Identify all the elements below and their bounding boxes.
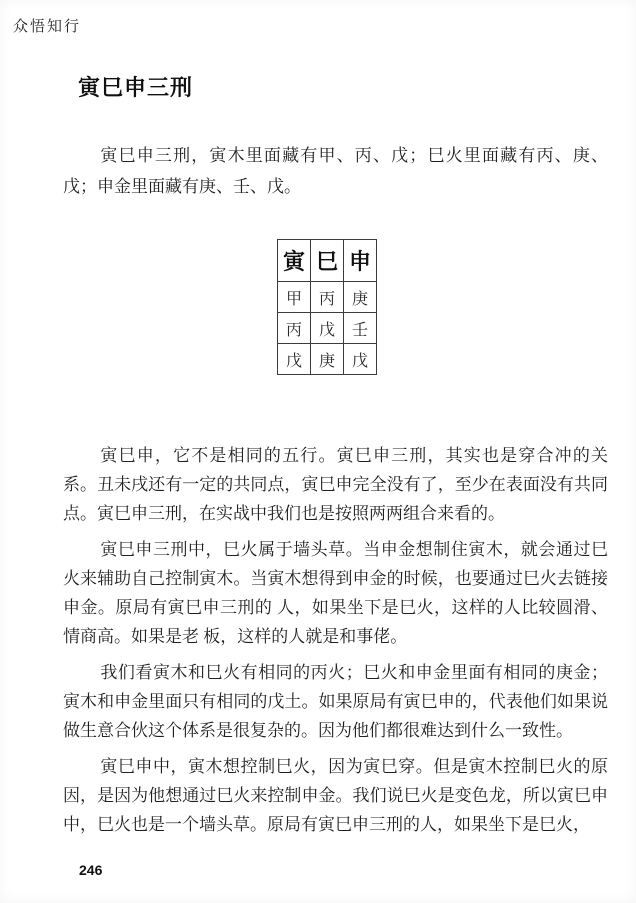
table-header-shen: 申 xyxy=(344,240,377,282)
hidden-stems-table: 寅 巳 申 甲 丙 庚 丙 戊 壬 戊 庚 戊 xyxy=(277,239,377,375)
paragraph-common-stems: 我们看寅木和巳火有相同的丙火；巳火和申金里面有相同的庚金；寅木和申金里面只有相同… xyxy=(63,658,608,745)
running-header: 众悟知行 xyxy=(13,15,81,36)
table-row: 丙 戊 壬 xyxy=(278,313,377,344)
paragraph-sihuo-qiangtoucao: 寅巳申三刑中，巳火属于墙头草。当申金想制住寅木，就会通过巳火来辅助自己控制寅木。… xyxy=(63,535,608,651)
table-header-yin: 寅 xyxy=(278,240,311,282)
table-cell: 丙 xyxy=(278,313,311,344)
table-cell: 甲 xyxy=(278,282,311,313)
chapter-title: 寅巳申三刑 xyxy=(78,71,193,102)
table-cell: 庚 xyxy=(344,282,377,313)
table-row: 戊 庚 戊 xyxy=(278,344,377,375)
table-cell: 戊 xyxy=(278,344,311,375)
paragraph-overview: 寅巳申，它不是相同的五行。寅巳申三刑，其实也是穿合冲的关系。丑未戌还有一定的共同… xyxy=(63,441,608,528)
paragraph-intro: 寅巳申三刑，寅木里面藏有甲、丙、戊；巳火里面藏有丙、庚、戊；申金里面藏有庚、壬、… xyxy=(63,140,608,202)
table-cell: 壬 xyxy=(344,313,377,344)
body-text: 寅巳申，它不是相同的五行。寅巳申三刑，其实也是穿合冲的关系。丑未戌还有一定的共同… xyxy=(63,441,608,846)
table-cell: 戊 xyxy=(344,344,377,375)
paragraph-yin-controls-si: 寅巳申中，寅木想控制巳火，因为寅巳穿。但是寅木控制巳火的原因，是因为他想通过巳火… xyxy=(63,752,608,839)
page-number: 246 xyxy=(79,862,102,878)
table-cell: 丙 xyxy=(311,282,344,313)
table-header-row: 寅 巳 申 xyxy=(278,240,377,282)
table-row: 甲 丙 庚 xyxy=(278,282,377,313)
table-header-si: 巳 xyxy=(311,240,344,282)
table-cell: 戊 xyxy=(311,313,344,344)
book-page: 众悟知行 寅巳申三刑 寅巳申三刑，寅木里面藏有甲、丙、戊；巳火里面藏有丙、庚、戊… xyxy=(0,0,636,903)
table-cell: 庚 xyxy=(311,344,344,375)
